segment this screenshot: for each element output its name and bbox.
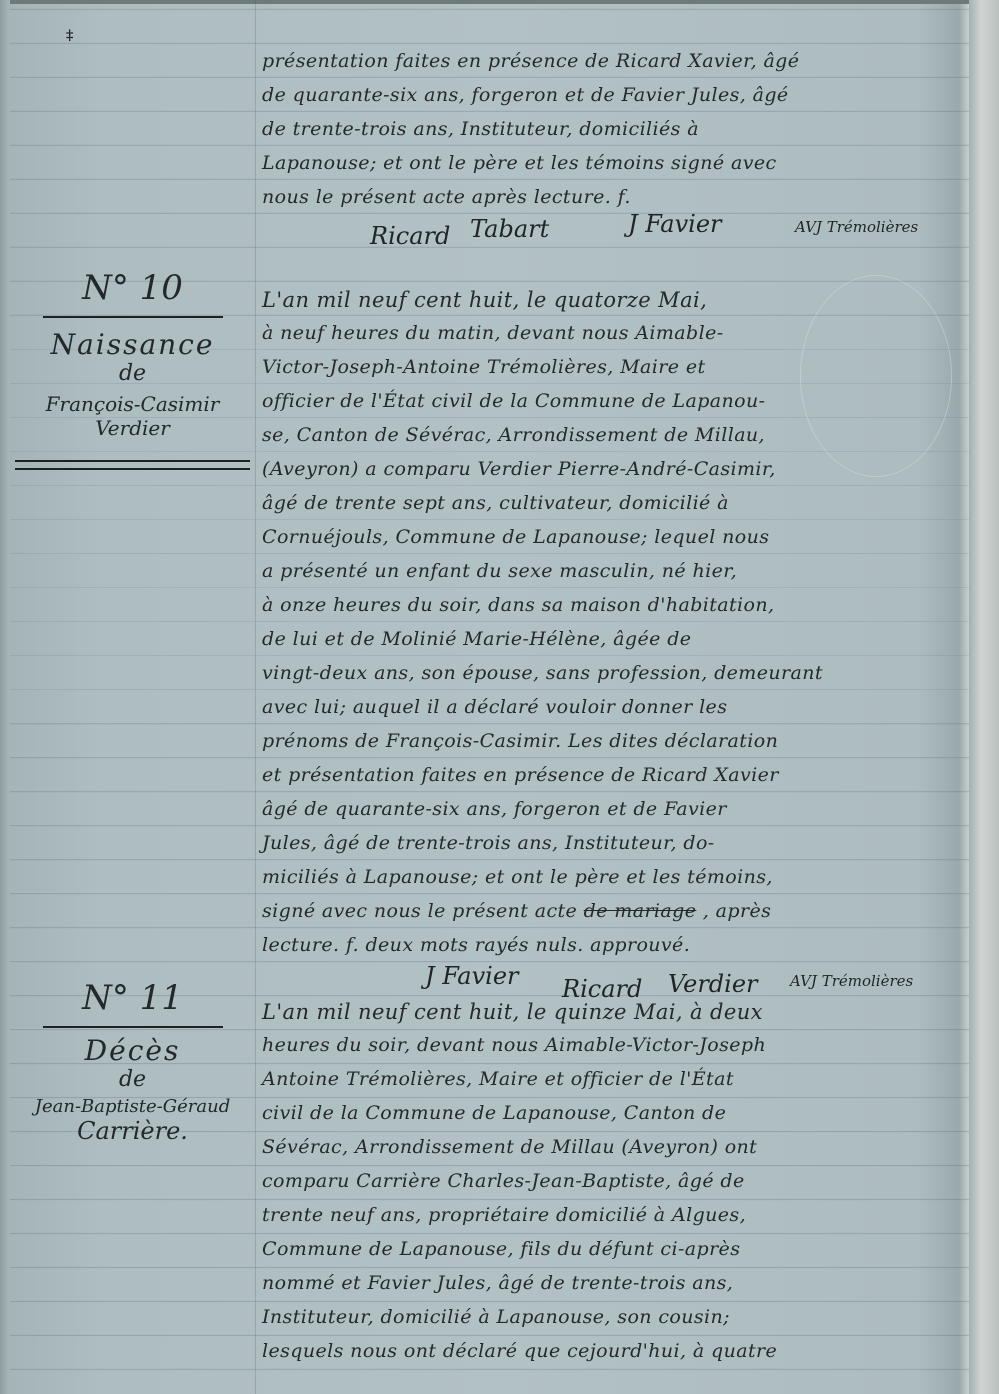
text-line: (Aveyron) a comparu Verdier Pierre-André… [262,458,982,480]
text-line: avec lui; auquel il a déclaré vouloir do… [262,696,982,718]
text-line: à onze heures du soir, dans sa maison d'… [262,594,982,616]
text-line: de lui et de Molinié Marie-Hélène, âgée … [262,628,982,650]
page-left-edge [0,0,10,1394]
act-10-margin: N° 10 Naissance de François-Casimir Verd… [10,268,255,470]
act-de: de [10,361,255,386]
text-line: Cornuéjouls, Commune de Lapanouse; leque… [262,526,982,548]
text-line: lesquels nous ont déclaré que cejourd'hu… [262,1340,982,1362]
text-line: à neuf heures du matin, devant nous Aima… [262,322,982,344]
text-line: de quarante-six ans, forgeron et de Favi… [262,84,982,106]
act-number: N° 10 [10,268,255,308]
text-line: Jules, âgé de trente-trois ans, Institut… [262,832,982,854]
signature: AVJ Trémolières [790,972,913,990]
text-line: trente neuf ans, propriétaire domicilié … [262,1204,982,1226]
act-type: Décès [10,1034,255,1067]
signature: Verdier [668,970,758,998]
act-type: Naissance [10,328,255,361]
text-line: prénoms de François-Casimir. Les dites d… [262,730,982,752]
text-line: nous le présent acte après lecture. f. [262,186,982,208]
text-line: civil de la Commune de Lapanouse, Canton… [262,1102,982,1124]
text-line: L'an mil neuf cent huit, le quatorze Mai… [262,288,982,312]
text-line: comparu Carrière Charles-Jean-Baptiste, … [262,1170,982,1192]
subject-name: Jean-Baptiste-Géraud [10,1096,255,1117]
text-line: Victor-Joseph-Antoine Trémolières, Maire… [262,356,982,378]
signature: Ricard [562,975,642,1003]
text-line: de trente-trois ans, Instituteur, domici… [262,118,982,140]
text-line: lecture. f. deux mots rayés nuls. approu… [262,934,982,956]
subject-name: François-Casimir [10,392,255,416]
ink-mark: ‡ [66,28,73,44]
text-line: signé avec nous le présent acte de maria… [262,900,982,922]
text-line: Lapanouse; et ont le père et les témoins… [262,152,982,174]
act-11-margin: N° 11 Décès de Jean-Baptiste-Géraud Carr… [10,978,255,1145]
text-line: présentation faites en présence de Ricar… [262,50,982,72]
signature: J Favier [628,210,722,238]
text-line: miciliés à Lapanouse; et ont le père et … [262,866,982,888]
text-segment: , après [703,900,771,922]
text-line: Sévérac, Arrondissement de Millau (Aveyr… [262,1136,982,1158]
text-line: heures du soir, devant nous Aimable-Vict… [262,1034,982,1056]
signature: Ricard [370,222,450,250]
text-line: se, Canton de Sévérac, Arrondissement de… [262,424,982,446]
text-line: L'an mil neuf cent huit, le quinze Mai, … [262,1000,982,1024]
register-page: ‡ présentation faites en présence de Ric… [0,0,999,1394]
double-divider [15,460,250,470]
text-line: Antoine Trémolières, Maire et officier d… [262,1068,982,1090]
text-line: Instituteur, domicilié à Lapanouse, son … [262,1306,982,1328]
text-line: vingt-deux ans, son épouse, sans profess… [262,662,982,684]
signature: AVJ Trémolières [795,218,918,236]
text-line: âgé de quarante-six ans, forgeron et de … [262,798,982,820]
text-line: nommé et Favier Jules, âgé de trente-tro… [262,1272,982,1294]
text-line: âgé de trente sept ans, cultivateur, dom… [262,492,982,514]
divider [43,316,223,318]
divider [43,1026,223,1028]
margin-rule [255,0,256,1394]
page-top-edge [0,0,999,4]
act-de: de [10,1067,255,1092]
text-segment: signé avec nous le présent acte [262,900,577,922]
text-line: et présentation faites en présence de Ri… [262,764,982,786]
signature: Tabart [470,215,549,243]
text-line: Commune de Lapanouse, fils du défunt ci-… [262,1238,982,1260]
signature: J Favier [425,962,519,990]
text-line: officier de l'État civil de la Commune d… [262,390,982,412]
struck-text: de mariage [584,900,697,922]
subject-surname: Carrière. [10,1117,255,1145]
act-number: N° 11 [10,978,255,1018]
text-line: a présenté un enfant du sexe masculin, n… [262,560,982,582]
subject-surname: Verdier [10,416,255,440]
